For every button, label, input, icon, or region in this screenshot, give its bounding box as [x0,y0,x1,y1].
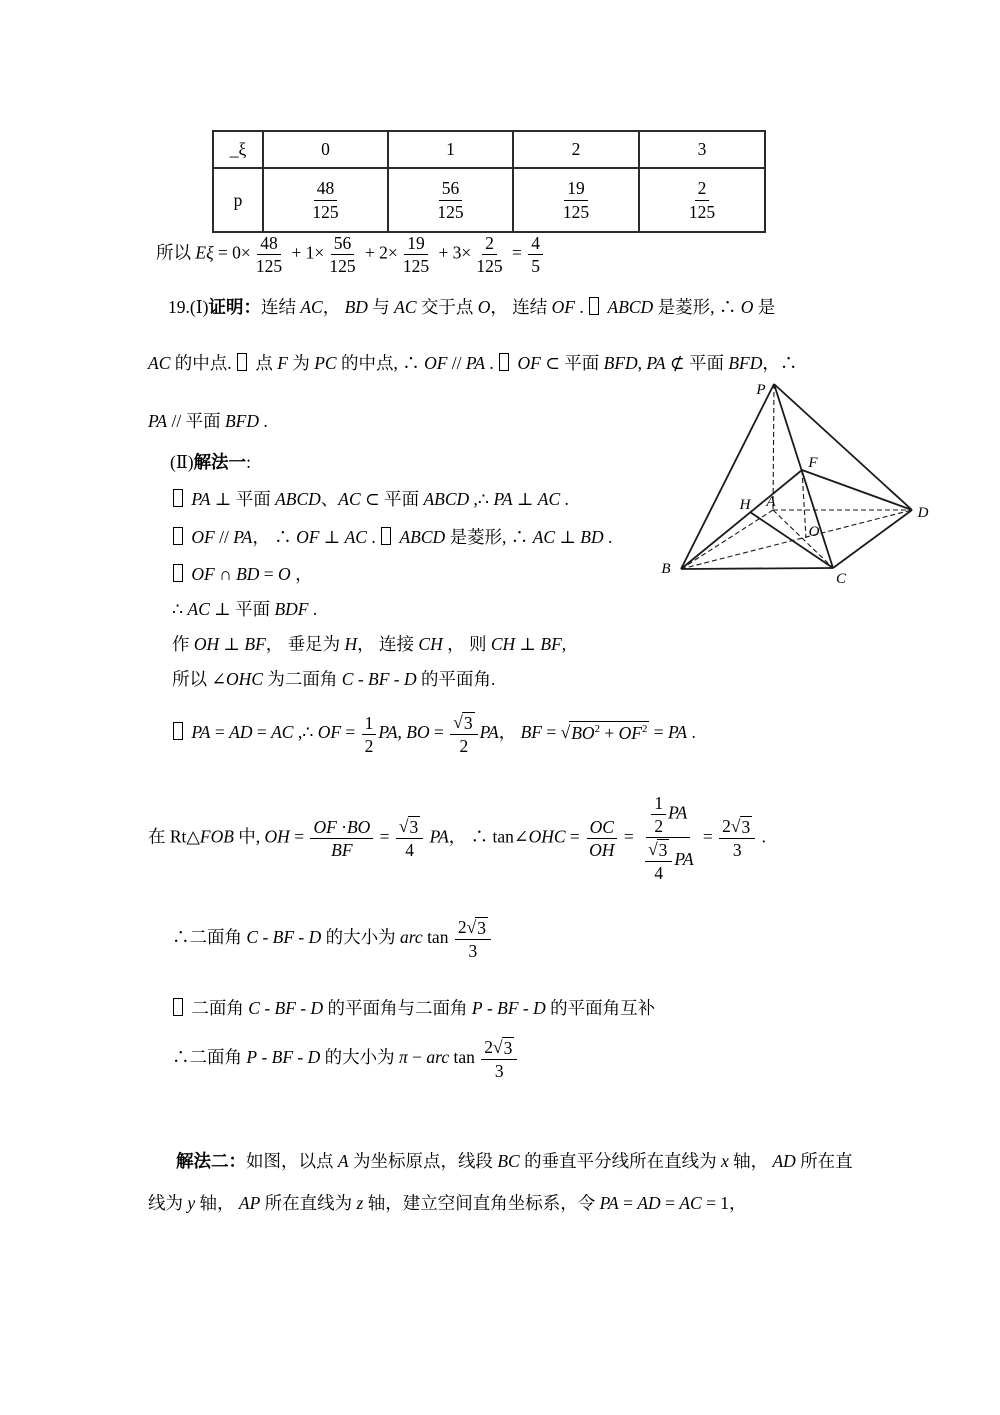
text: = [252,722,271,742]
table-header-value: 1 [388,131,513,168]
missing-glyph-box [173,489,183,507]
math-text: BFD [728,353,762,373]
math-text: PA [674,849,693,869]
text: 为 [288,353,314,373]
text: 是菱形, ∴ [445,527,533,547]
text: 3 [477,918,486,938]
math-text: PA [191,489,210,509]
math-text: PA [430,826,449,846]
fraction-denominator: 125 [560,201,592,222]
text: ⊄ 平面 [666,353,729,373]
math-text: AC [394,297,416,317]
text: 中, [234,826,265,846]
radical: √3 [467,917,488,938]
document-page: _ξ 0 1 2 3 p 48125 56125 19125 2125 PFHA… [0,0,1000,1415]
text: ⊂ 平面 [361,489,424,509]
text: 3 [659,840,668,860]
text: ⊥ [513,489,538,509]
math-text: Eξ [195,243,213,263]
expectation-line: 所以 Eξ = 0×48125 + 1×56125 + 2×19125 + 3×… [156,233,545,276]
text: = [542,722,561,742]
text: 125 [403,256,429,276]
math-text: ABCD [275,489,321,509]
text: = [259,564,278,584]
probability-distribution-table: _ξ 0 1 2 3 p 48125 56125 19125 2125 [212,130,766,233]
figure-edge-PA-dashed [773,384,774,510]
method1-step3: OF ∩ BD = O ， [172,563,313,586]
math-text: ABCD [423,489,469,509]
method1-formula1: PA = AD = AC ,∴ OF = 12PA, BO = √32PA， B… [172,712,696,756]
text: 19 [407,233,425,253]
bold-text: 解法一 [194,452,247,472]
text: 连结 [261,297,300,317]
text: . [485,353,498,373]
math-text: AC [679,1193,701,1213]
text: 所以 ∠ [172,669,226,689]
text: 二面角 [187,998,248,1018]
text: 的大小为 [320,1047,399,1067]
math-text: C [342,669,354,689]
fraction: √34 [396,816,423,860]
math-text: OF [191,564,214,584]
math-text: arc [426,1047,449,1067]
text: . [259,411,268,431]
text: + 2× [361,243,398,263]
math-text: BO [406,722,429,742]
table-cell-probability: 2125 [639,168,765,232]
text: 5 [531,256,540,276]
fraction-numerator: 48 [314,178,338,200]
fraction: 2√33 [481,1037,517,1081]
table-cell-probability: 56125 [388,168,513,232]
math-text: AC [188,599,210,619]
math-text: BFD [604,353,638,373]
text: = [290,826,309,846]
text: 2 [460,736,469,756]
text: 的垂直平分线所在直线为 [520,1151,721,1171]
text: · [337,817,347,837]
text: 的平面角互补 [546,998,655,1018]
math-text: AC [345,527,367,547]
figure-edge-CD-solid [833,510,912,568]
math-text: F [277,353,288,373]
math-text: AD [637,1193,660,1213]
fraction: 12 [362,713,377,756]
math-text: PA [148,411,167,431]
text: = [375,826,394,846]
text: 轴， [729,1151,773,1171]
text: ⊥ [219,634,244,654]
pyramid-figure: PFHAOBCD [650,370,942,602]
radical: √BO2 + OF2 [561,721,650,745]
math-text: OF [313,817,336,837]
math-text: x [721,1151,729,1171]
fraction-denominator: 125 [434,201,466,222]
fraction-numerator: 19 [564,178,588,200]
math-text: OF [318,722,341,742]
text: tan [449,1047,479,1067]
missing-glyph-box [499,353,509,371]
text: - [293,1047,308,1067]
math-text: OF [424,353,447,373]
vertex-label-D: D [917,505,929,521]
math-text: OH [194,634,219,654]
math-text: BD [236,564,259,584]
text: 3 [733,840,742,860]
math-text: D [310,998,323,1018]
math-text: BF [272,1047,293,1067]
text: - [483,998,498,1018]
bold-text: 解法二： [176,1151,246,1171]
math-text: OC [590,817,614,837]
text: ∴ [172,599,188,619]
fraction: 2√33 [455,917,491,961]
math-text: D [308,1047,321,1067]
text: 125 [329,256,355,276]
text: 19.(Ⅰ) [168,297,208,317]
fraction: 19125 [400,233,432,276]
text: . [309,599,318,619]
math-text: BF [331,840,352,860]
text: 轴，建立空间直角坐标系，令 [363,1193,599,1213]
text: ,∴ [469,489,493,509]
math-text: O [478,297,491,317]
text: 4 [405,840,414,860]
text: 4 [654,863,663,883]
text: + [600,723,619,743]
math-text: OF [518,353,541,373]
radical: √3 [493,1037,514,1058]
text: 交于点 [417,297,478,317]
proof-part1-line2: AC 的中点. 点 F 为 PC 的中点, ∴ OF // PA . OF ⊂ … [148,352,797,375]
figure-edge-PB-solid [681,384,774,569]
bold-text: 证明： [208,297,261,317]
fraction: 2√33 [719,816,755,860]
text: - [389,669,404,689]
math-text: BDF [274,599,308,619]
table-cell-probability: 48125 [263,168,388,232]
text: , [398,722,407,742]
fraction-numerator: 2 [695,178,710,200]
math-text: BFD [225,411,259,431]
method1-note: 二面角 C - BF - D 的平面角与二面角 P - BF - D 的平面角互… [172,997,655,1020]
text: tan [423,927,453,947]
method2-line1: 解法二：如图，以点 A 为坐标原点，线段 BC 的垂直平分线所在直线为 x 轴，… [176,1150,853,1173]
math-text: BF [275,998,296,1018]
math-text: PA [668,803,687,823]
text: 3 [469,941,478,961]
fraction: 56125 [326,233,358,276]
text: . [604,527,613,547]
fraction: 45 [528,233,543,276]
math-text: OH [589,840,614,860]
vertex-label-C: C [836,571,847,587]
text: ， [323,297,345,317]
method1-conclusion2: ∴二面角 P - BF - D 的大小为 π − arc tan 2√33 [172,1037,519,1081]
text: ∴二面角 [172,1047,246,1067]
fraction: √34 [645,839,672,883]
text: 3 [464,713,473,733]
text: 56 [334,233,352,253]
text: . [367,527,380,547]
text: // 平面 [167,411,225,431]
table-row-label-p: p [213,168,263,232]
text: // [447,353,465,373]
missing-glyph-box [589,297,599,315]
math-text: PA [600,1193,619,1213]
text: 为坐标原点，线段 [349,1151,498,1171]
text: ， ∴ tan∠ [449,826,529,846]
text: 1 [654,793,663,813]
method1-step4: ∴ AC ⊥ 平面 BDF . [172,598,317,621]
math-text: BF [540,634,561,654]
text: − [408,1047,427,1067]
text: + 1× [287,243,324,263]
math-text: CH [418,634,442,654]
text: 线为 [148,1193,187,1213]
math-text: AC [271,722,293,742]
text: - [296,998,311,1018]
radical: √3 [453,712,474,733]
math-text: AC [300,297,322,317]
text: 2 [458,917,467,937]
text: . [757,826,766,846]
math-text: AC [148,353,170,373]
math-text: FOB [200,826,234,846]
text: 、 [321,489,339,509]
math-text: PA [646,353,665,373]
math-text: AP [239,1193,260,1213]
text: + 3× [434,243,471,263]
text: 是 [753,297,775,317]
vertex-label-F: F [807,455,818,471]
text: ⊥ 平面 [211,489,276,509]
text: 在 Rt△ [148,826,200,846]
text: 125 [476,256,502,276]
text: ， 垂足为 [266,634,345,654]
math-text: PA [493,489,512,509]
math-text: ABCD [608,297,654,317]
text: 3 [504,1038,513,1058]
math-text: BF [368,669,389,689]
text: 2 [485,233,494,253]
math-text: PC [314,353,336,373]
text: // [215,527,233,547]
math-text: P [472,998,483,1018]
text: ⊥ [515,634,540,654]
fraction-numerator: 56 [439,178,463,200]
text: ∩ [215,564,236,584]
text: : [246,452,251,472]
math-text: AC [538,489,560,509]
text: 的平面角. [417,669,496,689]
math-text: PA [668,722,687,742]
figure-edge-BC-solid [681,568,833,569]
math-text: OF [191,527,214,547]
math-text: OH [265,826,290,846]
method1-step2: OF // PA， ∴ OF ⊥ AC . ABCD 是菱形, ∴ AC ⊥ B… [172,526,612,549]
text: = [619,826,638,846]
text: ， 连结 [490,297,551,317]
math-text: OHC [226,669,263,689]
missing-glyph-box [173,527,183,545]
fraction: 12 [651,793,666,836]
text: 3 [742,817,751,837]
text: 的平面角与二面角 [323,998,472,1018]
text: ， [291,564,313,584]
radical: √3 [731,816,752,837]
table-header-value: 2 [513,131,639,168]
text: = 1， [702,1193,747,1213]
fraction: 48125 [253,233,285,276]
text: 48 [260,233,278,253]
text: = [661,1193,680,1213]
math-text: C [246,927,258,947]
text: 所以 [156,243,195,263]
missing-glyph-box [173,998,183,1016]
math-text: O [741,297,754,317]
text: 点 [251,353,277,373]
text: - [519,998,534,1018]
fraction: OCOH [586,817,617,860]
math-text: AC [533,527,555,547]
text: . [575,297,588,317]
text: 2 [722,816,731,836]
math-text: PA [480,722,499,742]
fraction: √32 [450,712,477,756]
superscript: 2 [642,723,647,735]
text: = [699,826,718,846]
text: 的中点. [170,353,236,373]
text: = 0× [214,243,251,263]
text: 作 [172,634,194,654]
math-text: CH [491,634,515,654]
fraction: OF ·BOBF [310,817,373,860]
vertex-label-B: B [661,561,670,577]
text: ， ∴ [252,527,296,547]
text: - [257,1047,272,1067]
text: = [508,243,527,263]
text: = [566,826,585,846]
text: 4 [531,233,540,253]
text: , [562,634,566,654]
text: 的中点, ∴ [337,353,425,373]
text: 的大小为 [321,927,400,947]
text: 3 [410,817,419,837]
math-text: C [248,998,260,1018]
fraction: 2125 [473,233,505,276]
text: 2 [365,736,374,756]
math-text: PA [233,527,252,547]
radical: √3 [648,839,669,860]
method1-step1: PA ⊥ 平面 ABCD、AC ⊂ 平面 ABCD ,∴ PA ⊥ AC . [172,488,569,511]
text: = [341,722,360,742]
missing-glyph-box [237,353,247,371]
math-text: AD [772,1151,795,1171]
text: - [258,927,273,947]
text: . [687,722,696,742]
text: ， [499,722,521,742]
text: 3 [495,1061,504,1081]
figure-edge-CH-solid [750,512,833,568]
missing-glyph-box [173,564,183,582]
math-text: BF [521,722,542,742]
figure-edge-BF-solid [681,470,802,569]
math-text: arc [400,927,423,947]
text: ∴二面角 [172,927,246,947]
text: 与 [368,297,394,317]
text: = [619,1193,638,1213]
text: 1 [365,713,374,733]
text: - [353,669,368,689]
text: 如图，以点 [246,1151,338,1171]
text: 轴， [195,1193,239,1213]
text: 为二面角 [263,669,342,689]
text: 所在直线为 [260,1193,356,1213]
figure-edge-DF-solid [802,470,912,510]
math-text: BO [347,817,370,837]
text: ⊥ [319,527,344,547]
vertex-label-P: P [755,382,765,398]
math-text: P [246,1047,257,1067]
text: = [430,722,449,742]
missing-glyph-box [173,722,183,740]
math-text: O [278,564,291,584]
math-text: D [309,927,322,947]
math-text: ABCD [399,527,445,547]
math-text: PA [378,722,397,742]
table-header-value: 3 [639,131,765,168]
math-text: BF [497,998,518,1018]
text: 2 [654,816,663,836]
text: ⊥ [555,527,580,547]
math-text: AC [338,489,360,509]
radical: √3 [399,816,420,837]
text: 所在直 [796,1151,853,1171]
method1-step6: 所以 ∠OHC 为二面角 C - BF - D 的平面角. [172,668,495,691]
math-text: PA [191,722,210,742]
text: ， 连接 [357,634,418,654]
vertex-label-H: H [739,497,752,513]
math-text: OF [619,723,642,743]
proof-part1-line3: PA // 平面 BFD . [148,410,268,433]
math-text: PA [466,353,485,373]
missing-glyph-box [381,527,391,545]
method1-formula2: 在 Rt△FOB 中, OH = OF ·BOBF = √34 PA， ∴ ta… [148,793,766,884]
text: ⊥ 平面 [210,599,275,619]
text: = [211,722,230,742]
text: . [560,489,569,509]
text: = [649,722,668,742]
text: ，∴ [762,353,797,373]
math-text: OHC [529,826,566,846]
table-header-xi: _ξ [213,131,263,168]
math-text: y [187,1193,195,1213]
part2-method1-heading: (Ⅱ)解法一: [170,451,251,474]
method1-conclusion1: ∴二面角 C - BF - D 的大小为 arc tan 2√33 [172,917,493,961]
text: ⊂ 平面 [541,353,604,373]
math-text: OF [552,297,575,317]
math-text: π [399,1047,408,1067]
math-text: H [345,634,358,654]
text: ， 则 [443,634,491,654]
math-text: BD [345,297,368,317]
fraction-denominator: 125 [686,201,718,222]
math-text: D [404,669,417,689]
text: - [294,927,309,947]
math-text: OF [296,527,319,547]
method2-line2: 线为 y 轴， AP 所在直线为 z 轴，建立空间直角坐标系，令 PA = AD… [148,1192,747,1215]
